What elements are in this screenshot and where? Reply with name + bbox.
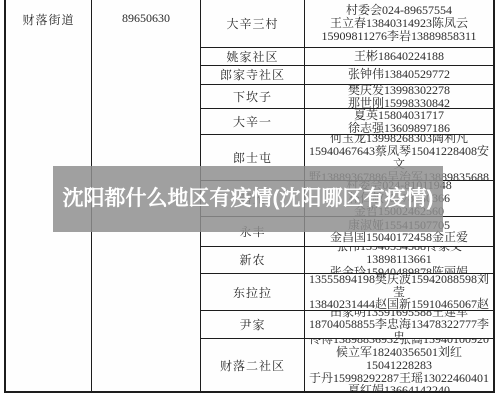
village-contacts: 田家明13591695588王建军 18704058855李忠海13478322…: [305, 311, 493, 338]
table-row: 新农 张伟13940554588佟家文13898113661 张金玲159404…: [201, 247, 493, 274]
village-contacts: 樊庆发13998302278 那世刚15998330842: [305, 85, 493, 109]
village-name: 姚家社区: [201, 48, 305, 65]
street-phone: 89650630: [122, 11, 170, 25]
village-name: 大辛三村: [201, 0, 305, 47]
village-name: 新农: [201, 247, 305, 273]
table-row: 下坎子 樊庆发13998302278 那世刚15998330842: [201, 85, 493, 110]
village-name: 郎家寺社区: [201, 66, 305, 84]
table-row: 郎家寺社区 张钟伟13840529772: [201, 66, 493, 85]
table-row: 大辛一 夏英15804031717 徐志强13609897186: [201, 109, 493, 135]
village-name: 东拉拉: [201, 274, 305, 311]
village-contacts: 张钟伟13840529772: [305, 66, 493, 84]
village-name: 大辛一: [201, 109, 305, 134]
village-name: 下坎子: [201, 85, 305, 109]
watermark-overlay: 沈阳都什么地区有疫情(沈阳哪区有疫情): [53, 166, 443, 232]
street-name: 财落街道: [22, 13, 74, 27]
village-contacts: 王彬18640224188: [305, 48, 493, 65]
village-contacts: 村委会024-89657554 王立春13840314923陈凤云 159098…: [305, 0, 493, 47]
village-contacts: 孟祥金15998186520屈业春 13555894198樊庆波15942088…: [305, 274, 493, 311]
table-row: 姚家社区 王彬18640224188: [201, 48, 493, 66]
watermark-text: 沈阳都什么地区有疫情(沈阳哪区有疫情): [62, 184, 434, 214]
table-row: 尹家 田家明13591695588王建军 18704058855李忠海13478…: [201, 311, 493, 339]
table-row: 东拉拉 孟祥金15998186520屈业春 13555894198樊庆波1594…: [201, 274, 493, 312]
village-contacts: 夏英15804031717 徐志强13609897186: [305, 109, 493, 134]
village-name: 财落二社区: [201, 339, 305, 391]
village-name: 尹家: [201, 311, 305, 338]
village-contacts: 张伟13940554588佟家文13898113661 张金玲159404898…: [305, 247, 493, 273]
village-contacts: 佟博13898836932张嵩15940100920 候立军1824035650…: [305, 339, 493, 391]
table-row: 财落二社区 佟博13898836932张嵩15940100920 候立军1824…: [201, 339, 493, 391]
table-row: 大辛三村 村委会024-89657554 王立春13840314923陈凤云 1…: [201, 0, 493, 48]
screenshot-root: 财落街道 89650630 大辛三村 村委会024-89657554 王立春13…: [0, 0, 500, 397]
